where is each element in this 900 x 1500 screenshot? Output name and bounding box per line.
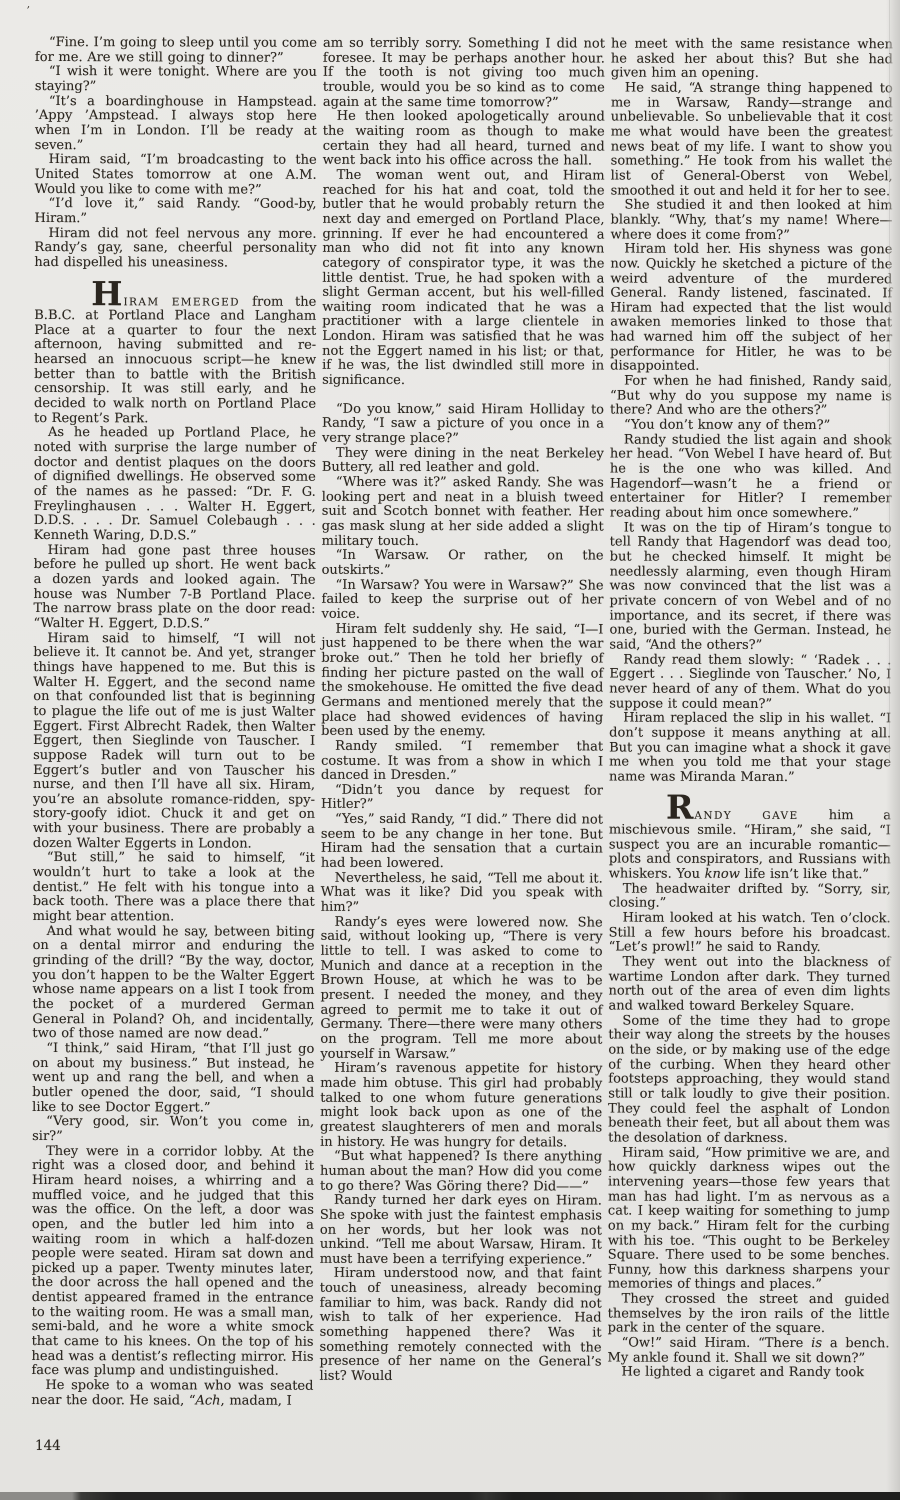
paragraph: The headwaiter drifted by. “Sorry, sir, … <box>609 882 891 912</box>
paragraph: am so terribly sorry. Something I did no… <box>323 37 605 111</box>
scanned-book-page: { "page": { "page_number": "144", "color… <box>0 0 900 1500</box>
paragraph: Hiram replaced the slip in his wallet. “… <box>609 712 891 786</box>
drop-cap: H <box>91 274 123 313</box>
paragraph: They were dining in the neat Berkeley Bu… <box>322 446 604 476</box>
paragraph: They went out into the blackness of wart… <box>608 956 890 1015</box>
paragraph: Hiram’s ravenous appetite for history ma… <box>320 1062 602 1151</box>
page-body: “Fine. I’m going to sleep until you come… <box>31 36 893 1411</box>
small-caps-lead: IRAM EMERGED <box>123 296 252 308</box>
text-column-1: “Fine. I’m going to sleep until you come… <box>31 36 317 1409</box>
paragraph: “Didn’t you dance by request for Hitler?… <box>321 784 603 814</box>
drop-cap: R <box>666 788 695 827</box>
small-caps-lead: ANDY GAVE <box>694 810 828 822</box>
paragraph: “I wish it were tonight. Where are you s… <box>35 65 317 95</box>
paragraph: The woman went out, and Hiram reached fo… <box>322 169 605 390</box>
text-column-3: he meet with the same resistance when he… <box>607 38 893 1411</box>
paragraph: “Very good, sir. Won’t you come in, sir?… <box>32 1115 314 1145</box>
paragraph: “But still,” he said to himself, “it wou… <box>33 851 315 925</box>
paragraph: She studied it and then looked at him bl… <box>610 199 892 244</box>
paragraph: RANDY GAVE him a mischievous smile. “Hir… <box>609 808 891 883</box>
text-column-2: am so terribly sorry. Something I did no… <box>319 37 605 1410</box>
paragraph: Hiram understood now, and that faint tou… <box>319 1267 601 1385</box>
text-columns: “Fine. I’m going to sleep until you come… <box>31 36 893 1411</box>
paragraph: And what would he say, between biting on… <box>32 925 314 1043</box>
paragraph: “Fine. I’m going to sleep until you come… <box>35 36 317 66</box>
paragraph: “I’d love it,” said Randy. “Good-by, Hir… <box>35 197 317 227</box>
paragraph: They crossed the street and guided thems… <box>608 1293 890 1338</box>
paragraph: “In Warsaw. Or rather, on the outskirts.… <box>322 549 604 579</box>
paragraph: Randy smiled. “I remember that costume. … <box>321 740 603 785</box>
paragraph: Hiram told her. His shyness was gone now… <box>610 243 892 376</box>
paragraph: For when he had finished, Randy said, “B… <box>610 375 892 420</box>
paragraph: “Where was it?” asked Randy. She was loo… <box>322 476 604 550</box>
scan-edge-right <box>886 0 900 1500</box>
paragraph: Hiram said, “I’m broadcasting to the Uni… <box>35 153 317 198</box>
paragraph: Hiram looked at his watch. Ten o’clock. … <box>609 912 891 957</box>
paragraph: Randy read them slowly: “ ‘Radek . . . E… <box>609 653 891 712</box>
paragraph: Hiram felt suddenly shy. He said, “I—I j… <box>321 622 603 740</box>
paragraph: “I think,” said Hiram, “that I’ll just g… <box>32 1042 314 1116</box>
italic-text: Ach <box>196 1393 221 1408</box>
paragraph: he meet with the same resistance when he… <box>611 38 893 83</box>
paragraph: “Ow!” said Hiram. “There is a bench. My … <box>608 1337 890 1367</box>
paragraph: He lighted a cigaret and Randy took <box>607 1366 889 1381</box>
scan-bottom-strip <box>0 1492 900 1500</box>
paragraph: He spoke to a woman who was seated near … <box>31 1379 313 1409</box>
paragraph: “In Warsaw? You were in Warsaw?” She fai… <box>321 578 603 623</box>
italic-text: is <box>811 1336 822 1351</box>
paragraph: Randy’s eyes were lowered now. She said,… <box>320 915 602 1062</box>
paragraph: It was on the tip of Hiram’s tongue to t… <box>609 521 891 654</box>
paragraph: Hiram said, “How primitive we are, and h… <box>608 1146 890 1293</box>
scan-artifact-speck: ’ <box>25 4 30 17</box>
italic-text: know <box>705 867 740 882</box>
paragraph: He then looked apologetically around the… <box>323 110 605 169</box>
paragraph: Hiram had gone past three houses before … <box>33 544 315 633</box>
paragraph: As he headed up Portland Place, he noted… <box>34 426 316 544</box>
paragraph: “Yes,” said Randy, “I did.” There did no… <box>321 813 603 872</box>
paragraph: “But what happened? Is there anything hu… <box>320 1150 602 1195</box>
paragraph: “It’s a boardinghouse in Hampstead. ’App… <box>35 95 317 154</box>
paragraph: They were in a corridor lobby. At the ri… <box>31 1145 314 1380</box>
paragraph: Hiram said to himself, “I will not belie… <box>33 632 316 853</box>
paragraph: Some of the time they had to grope their… <box>608 1014 890 1147</box>
paragraph: Randy turned her dark eyes on Hiram. She… <box>320 1194 602 1268</box>
paragraph: “Do you know,” said Hiram Holliday to Ra… <box>322 403 604 448</box>
paragraph: He said, “A strange thing happened to me… <box>611 81 893 199</box>
paragraph: Hiram did not feel nervous any more. Ran… <box>34 227 316 272</box>
page-number: 144 <box>35 1438 61 1454</box>
paragraph: Nevertheless, he said, “Tell me about it… <box>321 872 603 917</box>
paragraph: Randy studied the list again and shook h… <box>610 433 892 522</box>
paragraph: HIRAM EMERGED from the B.B.C. at Portlan… <box>34 293 316 427</box>
